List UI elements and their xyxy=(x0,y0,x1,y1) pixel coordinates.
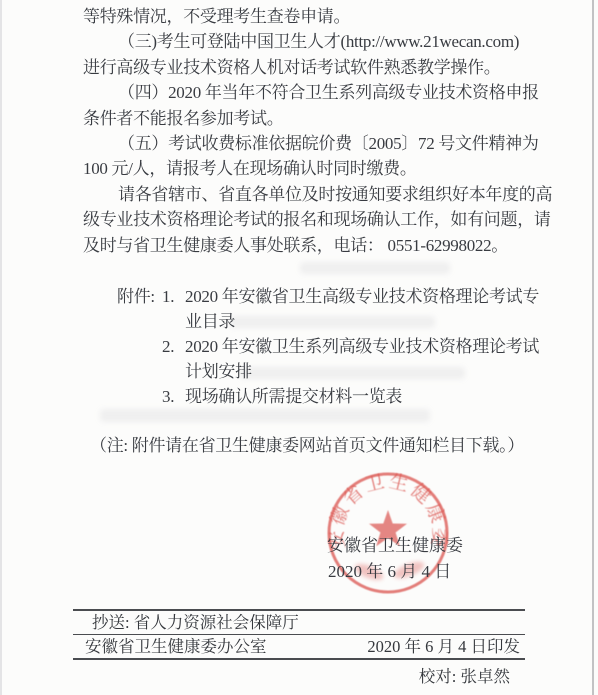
attachment-item: 2. 2020 年安徽卫生系列高级专业技术资格理论考试 计划安排 xyxy=(162,334,539,384)
footer-proofreader: 校对: 张卓然 xyxy=(73,663,525,687)
footer-table: 抄送: 省人力资源社会保障厅 安徽省卫生健康委办公室 2020 年 6 月 4 … xyxy=(73,609,525,687)
footer-issuer-row: 安徽省卫生健康委办公室 2020 年 6 月 4 日印发 xyxy=(73,635,525,660)
attachment-item: 3. 现场确认所需提交材料一览表 xyxy=(162,384,539,409)
attachment-line: 业目录 xyxy=(185,309,539,334)
scan-edge-left xyxy=(0,0,2,695)
signature-block: 安徽省卫生健康委 2020 年 6 月 4 日 xyxy=(327,533,463,584)
body-line: （三)考生可登陆中国卫生人才(http://www.21wecan.com) xyxy=(83,29,552,54)
attachment-line: 计划安排 xyxy=(185,359,539,384)
ink-bleed-smudge xyxy=(300,262,450,274)
footer-cc-row: 抄送: 省人力资源社会保障厅 xyxy=(73,609,525,635)
footer-cc: 抄送: 省人力资源社会保障厅 xyxy=(92,613,299,632)
body-line: 进行高级专业技术资格人机对话考试软件熟悉教学操作。 xyxy=(83,55,552,80)
signature-date: 2020 年 6 月 4 日 xyxy=(327,559,463,585)
body-line: （四）2020 年当年不符合卫生系列高级专业技术资格申报 xyxy=(83,80,552,105)
attachment-number: 3. xyxy=(162,384,185,409)
attachments-block: 附件: 1. 2020 年安徽省卫生高级专业技术资格理论考试专 业目录 2. 2… xyxy=(117,284,539,409)
scan-edge-right xyxy=(592,0,594,695)
footer-print-date: 2020 年 6 月 4 日印发 xyxy=(367,635,520,658)
attachment-line: 现场确认所需提交材料一览表 xyxy=(185,384,402,409)
signature-org: 安徽省卫生健康委 xyxy=(327,533,463,559)
body-text: 等特殊情况，不受理考生查卷申请。 （三)考生可登陆中国卫生人才(http://w… xyxy=(83,4,552,258)
body-line: 及时与省卫生健康委人事处联系，电话： 0551-62998022。 xyxy=(83,233,552,258)
attachment-line: 2020 年安徽省卫生高级专业技术资格理论考试专 xyxy=(185,284,539,309)
attachments-label: 附件: xyxy=(117,284,162,409)
body-line: （五）考试收费标准依据皖价费〔2005〕72 号文件精神为 xyxy=(83,131,552,156)
attachment-number: 2. xyxy=(162,334,185,384)
attachment-item: 1. 2020 年安徽省卫生高级专业技术资格理论考试专 业目录 xyxy=(162,284,539,334)
body-line: 级专业技术资格理论考试的报名和现场确认工作，如有问题，请 xyxy=(83,207,552,232)
body-line: 等特殊情况，不受理考生查卷申请。 xyxy=(83,4,552,29)
body-line: 100 元/人，请报考人在现场确认时同时缴费。 xyxy=(83,156,552,181)
download-note: （注: 附件请在省卫生健康委网站首页文件通知栏目下载。） xyxy=(90,431,524,456)
attachment-line: 2020 年安徽卫生系列高级专业技术资格理论考试 xyxy=(185,334,539,359)
ink-bleed-smudge xyxy=(100,409,430,422)
footer-issuer: 安徽省卫生健康委办公室 xyxy=(85,635,267,658)
scanned-document-page: 等特殊情况，不受理考生查卷申请。 （三)考生可登陆中国卫生人才(http://w… xyxy=(0,0,598,695)
body-line: 条件者不能报名参加考试。 xyxy=(83,106,552,131)
body-line: 请各省辖市、省直各单位及时按通知要求组织好本年度的高 xyxy=(83,182,552,207)
attachment-number: 1. xyxy=(162,284,185,334)
